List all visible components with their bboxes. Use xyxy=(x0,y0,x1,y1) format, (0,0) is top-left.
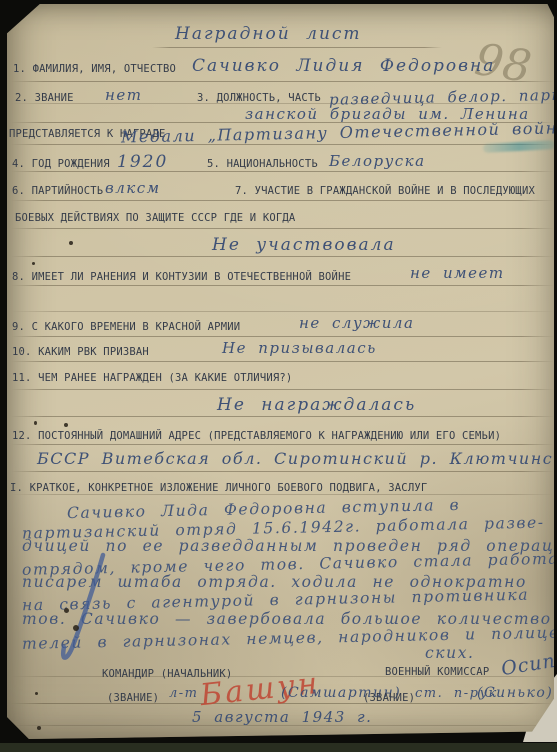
ruled-line xyxy=(11,739,554,740)
speck xyxy=(35,692,38,695)
field-civilwar-label-line1: 7. УЧАСТИЕ В ГРАЖДАНСКОЙ ВОЙНЕ И В ПОСЛЕ… xyxy=(235,185,535,197)
commissar-label: ВОЕННЫЙ КОМИССАР xyxy=(385,666,489,678)
field-prev-awards-label: 11. ЧЕМ РАНЕЕ НАГРАЖДЕН (ЗА КАКИЕ ОТЛИЧИ… xyxy=(12,372,292,384)
ruled-line xyxy=(11,256,554,257)
field-wounds-value: не имеет xyxy=(410,264,505,282)
document-title: Наградной лист xyxy=(175,24,362,44)
rank-label-1: (ЗВАНИЕ) xyxy=(107,692,159,704)
scan-bottom-strip xyxy=(0,743,557,752)
field-nationality-label: 5. НАЦИОНАЛЬНОСТЬ xyxy=(207,158,318,170)
field-name-value: Сачивко Лидия Федоровна xyxy=(192,56,495,76)
rank-label-2: (ЗВАНИЕ) xyxy=(363,692,415,704)
field-party-value: влксм xyxy=(105,179,161,197)
commissar-signature: Осипов xyxy=(500,646,557,680)
field-rvk-value: Не призывалась xyxy=(222,339,377,357)
field-rvk-label: 10. КАКИМ РВК ПРИЗВАН xyxy=(12,346,149,358)
ruled-line xyxy=(11,336,554,337)
feat-section-heading: I. КРАТКОЕ, КОНКРЕТНОЕ ИЗЛОЖЕНИЕ ЛИЧНОГО… xyxy=(10,482,427,494)
field-address-value: БССР Витебская обл. Сиротинский р. Клютч… xyxy=(37,449,557,468)
speck xyxy=(73,625,79,631)
field-redarmy-value: не служила xyxy=(299,314,414,332)
ruled-line xyxy=(11,144,554,145)
field-wounds-label: 8. ИМЕЕТ ЛИ РАНЕНИЯ И КОНТУЗИИ В ОТЕЧЕСТ… xyxy=(12,271,351,283)
field-name-label: 1. ФАМИЛИЯ, ИМЯ, ОТЧЕСТВО xyxy=(13,63,176,75)
ruled-line xyxy=(11,361,554,362)
field-duty-label: 3. ДОЛЖНОСТЬ, ЧАСТЬ xyxy=(197,92,321,104)
ruled-line xyxy=(11,389,554,390)
speck xyxy=(32,262,35,265)
field-rank-label: 2. ЗВАНИЕ xyxy=(15,92,74,104)
ruled-line xyxy=(11,171,554,172)
speck xyxy=(37,726,41,730)
ruled-line xyxy=(11,285,554,286)
ruled-line xyxy=(11,200,554,201)
field-prev-awards-value: Не награждалась xyxy=(217,395,416,415)
ruled-line xyxy=(152,47,442,48)
speck xyxy=(64,608,69,613)
ruled-line xyxy=(11,444,554,445)
teal-pencil-smudge xyxy=(483,140,555,153)
ruled-line xyxy=(11,416,554,417)
feat-text-line: ских. xyxy=(425,644,475,662)
ruled-line xyxy=(11,494,554,495)
ruled-line xyxy=(11,228,554,229)
ruled-line xyxy=(11,471,554,472)
field-civilwar-label-line2: БОЕВЫХ ДЕЙСТВИЯХ ПО ЗАЩИТЕ СССР ГДЕ И КО… xyxy=(15,212,295,224)
field-birthyear-label: 4. ГОД РОЖДЕНИЯ xyxy=(12,158,110,170)
speck xyxy=(34,421,37,425)
field-civilwar-value: Не участвовала xyxy=(212,235,396,255)
field-birthyear-value: 1920 xyxy=(117,152,168,172)
speck xyxy=(64,423,68,427)
field-rank-value: нет xyxy=(105,86,142,104)
field-redarmy-label: 9. С КАКОГО ВРЕМЕНИ В КРАСНОЙ АРМИИ xyxy=(12,321,240,333)
speck xyxy=(69,241,73,245)
commander-rank-value: л-т xyxy=(169,686,199,701)
commissar-name: (Синько) xyxy=(477,685,553,701)
field-address-label: 12. ПОСТОЯННЫЙ ДОМАШНИЙ АДРЕС (ПРЕДСТАВЛ… xyxy=(12,430,501,442)
award-sheet-document: Наградной лист 98 1. ФАМИЛИЯ, ИМЯ, ОТЧЕС… xyxy=(7,4,554,739)
document-date: 5 августа 1943 г. xyxy=(192,708,372,726)
field-party-label: 6. ПАРТИЙНОСТЬ xyxy=(12,185,103,197)
ruled-line xyxy=(11,311,554,312)
field-nationality-value: Белоруска xyxy=(329,152,426,170)
